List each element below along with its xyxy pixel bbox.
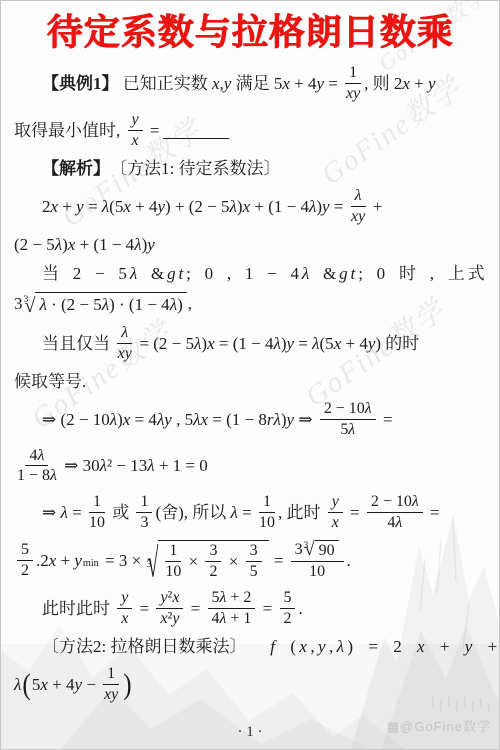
- numerator: 3: [205, 542, 221, 562]
- denominator: 5λ: [340, 420, 355, 439]
- fraction: 13: [136, 493, 152, 532]
- numerator: 4λ: [25, 447, 48, 467]
- denominator: xy: [351, 207, 365, 226]
- text-run: .: [347, 550, 351, 571]
- denominator: x: [121, 609, 128, 628]
- eq-expand-2: (2 − 5λ)x + (1 − 4λ)y: [14, 230, 491, 259]
- fraction: 32: [205, 542, 221, 581]
- lambda-solve-line: ⇒ λ = 110 或 13(舍), 所以 λ = 110, 此时 yx = 2…: [14, 489, 491, 536]
- fraction: 2 − 10λ4λ: [367, 493, 423, 532]
- radicand: 90: [315, 540, 339, 560]
- math-run: ⇒ 30λ² − 13λ + 1 = 0: [60, 455, 208, 476]
- math-run: ×: [184, 551, 202, 572]
- math-run: 5x + 4y =: [274, 73, 342, 94]
- page-title: 待定系数与拉格朗日数乘: [5, 11, 495, 52]
- ratio-line: 此时此时 yx = y²xx²y = 5λ + 24λ + 1 = 52.: [14, 585, 491, 632]
- big-paren: (: [22, 670, 31, 699]
- fraction: 52: [280, 589, 296, 628]
- denominator: 3: [140, 513, 148, 532]
- text-run: (舍), 所以: [155, 502, 230, 523]
- radicand: 110 × 32 × 35: [158, 540, 268, 581]
- denominator: xy: [346, 84, 360, 103]
- subscript: min: [83, 558, 99, 571]
- fraction: 52: [17, 541, 33, 580]
- page-number: · 1 ·: [1, 724, 499, 741]
- fraction: yx: [328, 493, 343, 532]
- numerator: 1: [89, 493, 105, 513]
- derive-line-1: ⇒ (2 − 10λ)x = 4λy , 5λx = (1 − 8rλ)y ⇒ …: [14, 396, 491, 443]
- root-index: 3: [146, 559, 151, 571]
- denominator: 2: [209, 562, 217, 581]
- text-run: , 则: [364, 73, 394, 94]
- text-run: 候取等号.: [14, 371, 86, 392]
- math-run: 3: [14, 293, 23, 314]
- math-run: λ =: [231, 502, 256, 523]
- numerator: 1: [165, 542, 181, 562]
- numerator: 1: [136, 493, 152, 513]
- denominator: x: [332, 513, 339, 532]
- fraction: 110: [259, 493, 275, 532]
- denominator: 10: [89, 513, 105, 532]
- text-run: 或: [108, 502, 134, 523]
- cube-root: 3√110 × 32 × 35: [146, 540, 268, 581]
- document-page: GoFine数学 GoFine数学 GoFine数学 GoFine数学 GoFi…: [0, 0, 500, 750]
- math-run: f (x,y,λ) = 2 x + y +: [246, 636, 500, 657]
- fraction: yx: [128, 111, 143, 150]
- math-run: =: [258, 598, 276, 619]
- fraction: 110: [89, 493, 105, 532]
- fraction: λxy: [351, 187, 366, 226]
- denominator: 5: [250, 562, 258, 581]
- text-run: 的时: [381, 333, 419, 354]
- equality-cond-2: 候取等号.: [14, 367, 491, 396]
- text-run: .: [298, 598, 302, 619]
- denominator: 10: [165, 562, 181, 581]
- math-run: = 3 ×: [101, 550, 146, 571]
- math-run: 5x + 4y −: [32, 674, 100, 695]
- numerator: y: [128, 111, 143, 131]
- math-run: ×: [224, 551, 242, 572]
- denominator: 2: [21, 561, 29, 580]
- fraction: 1xy: [103, 665, 119, 704]
- text-run: 【典例1】: [42, 73, 119, 94]
- denominator: x: [132, 131, 139, 150]
- text-run: 时 , 上式 ≥: [388, 263, 500, 284]
- numerator: 33√90: [291, 540, 344, 562]
- math-run: =: [146, 120, 160, 141]
- denominator: x²y: [160, 609, 179, 628]
- text-run: 已知正实数: [119, 73, 213, 94]
- cube-root-line: 33√λ · (2 − 5λ) · (1 − 4λ),: [14, 288, 491, 319]
- numerator: 1: [345, 64, 361, 84]
- numerator: 5: [280, 589, 296, 609]
- numerator: 5: [17, 541, 33, 561]
- denominator: 4λ: [387, 513, 402, 532]
- fraction: λxy: [117, 324, 132, 363]
- denominator: xy: [118, 344, 132, 363]
- denominator: 10: [309, 562, 325, 581]
- fraction: 4λ1 − 8λ: [17, 447, 57, 486]
- math-run: =: [270, 550, 288, 571]
- fraction: y²xx²y: [156, 589, 183, 628]
- text-run: 【解析】: [42, 158, 110, 179]
- math-run: x,y: [212, 73, 231, 94]
- math-run: 2x + y = λ(5x + 4y) + (2 − 5λ)x + (1 − 4…: [42, 196, 348, 217]
- method2-header: 〔方法2: 拉格朗日数乘法〕 f (x,y,λ) = 2 x + y +: [14, 632, 491, 661]
- analysis-header: 【解析】〔方法1: 待定系数法〕: [14, 154, 491, 183]
- text-run: ,: [188, 293, 192, 314]
- numerator: 1: [103, 665, 119, 685]
- numerator: 3: [246, 542, 262, 562]
- denominator: 2: [284, 609, 292, 628]
- numerator: 2 − 10λ: [320, 400, 376, 420]
- big-paren: ): [123, 670, 132, 699]
- math-run: ⇒ (2 − 10λ)x = 4λy , 5λx = (1 − 8rλ)y ⇒: [42, 409, 317, 430]
- math-run: ⇒ λ =: [42, 502, 86, 523]
- math-run: 90: [319, 542, 335, 560]
- numerator: y²x: [156, 589, 183, 609]
- math-run: 2 − 5λ &gt; 0 , 1 − 4λ &gt; 0: [73, 263, 388, 284]
- math-run: = (2 − 5λ)x = (1 − 4λ)y = λ(5x + 4y): [135, 333, 381, 354]
- math-run: λ · (2 − 5λ) · (1 − 4λ): [39, 294, 182, 315]
- math-run: λ: [14, 674, 21, 695]
- radicand: λ · (2 − 5λ) · (1 − 4λ): [35, 292, 186, 315]
- method2-eq: λ(5x + 4y − 1xy): [14, 661, 491, 708]
- math-run: .2x + y: [36, 550, 82, 571]
- numerator: λ: [351, 187, 366, 207]
- math-run: 2x + y: [394, 73, 436, 94]
- numerator: 1: [259, 493, 275, 513]
- text-run: 当且仅当: [42, 333, 114, 354]
- fraction: yx: [117, 589, 132, 628]
- math-run: +: [369, 196, 383, 217]
- fraction: 5λ + 24λ + 1: [208, 589, 256, 628]
- derive-line-2: 4λ1 − 8λ ⇒ 30λ² − 13λ + 1 = 0: [14, 443, 491, 490]
- text-run: 取得最小值时,: [14, 120, 125, 141]
- denominator: 4λ + 1: [212, 609, 252, 628]
- fraction: 33√9010: [291, 540, 344, 581]
- fraction: 1xy: [345, 64, 361, 103]
- text-run: , 此时: [278, 502, 325, 523]
- problem-line-1: 【典例1】 已知正实数 x,y 满足 5x + 4y = 1xy, 则 2x +…: [14, 60, 491, 107]
- math-run: 3: [295, 541, 303, 559]
- cube-root: 3√λ · (2 − 5λ) · (1 − 4λ): [24, 292, 187, 315]
- answer-blank: [163, 122, 229, 139]
- root-index: 3: [304, 541, 309, 551]
- text-run: 满足: [231, 73, 274, 94]
- text-run: 〔方法2: 拉格朗日数乘法〕: [42, 636, 246, 657]
- fraction: 35: [246, 542, 262, 581]
- denominator: 1 − 8λ: [17, 466, 57, 485]
- math-run: (2 − 5λ)x + (1 − 4λ)y: [14, 234, 155, 255]
- fraction: 110: [165, 542, 181, 581]
- root-index: 3: [24, 294, 29, 306]
- solution-body: 【典例1】 已知正实数 x,y 满足 5x + 4y = 1xy, 则 2x +…: [1, 56, 499, 707]
- numerator: 5λ + 2: [208, 589, 256, 609]
- equality-cond-1: 当且仅当 λxy = (2 − 5λ)x = (1 − 4λ)y = λ(5x …: [14, 320, 491, 367]
- math-run: =: [135, 598, 153, 619]
- text-run: 〔方法1: 待定系数法〕: [110, 158, 280, 179]
- numerator: y: [328, 493, 343, 513]
- cube-root: 3√90: [304, 540, 339, 560]
- condition-line: 当 2 − 5λ &gt; 0 , 1 − 4λ &gt; 0 时 , 上式 ≥: [14, 259, 491, 288]
- math-run: =: [186, 598, 204, 619]
- text-run: 当: [42, 263, 73, 284]
- math-run: =: [346, 502, 364, 523]
- numerator: y: [117, 589, 132, 609]
- problem-line-2: 取得最小值时, yx =: [14, 107, 491, 154]
- fraction: 2 − 10λ5λ: [320, 400, 376, 439]
- numerator: 2 − 10λ: [367, 493, 423, 513]
- numerator: λ: [117, 324, 132, 344]
- math-run: =: [379, 409, 393, 430]
- minimum-line: 52.2x + ymin = 3 × 3√110 × 32 × 35 = 33√…: [14, 536, 491, 585]
- denominator: xy: [104, 685, 118, 704]
- text-run: 此时此时: [42, 598, 114, 619]
- eq-expand-1: 2x + y = λ(5x + 4y) + (2 − 5λ)x + (1 − 4…: [14, 183, 491, 230]
- denominator: 10: [259, 513, 275, 532]
- math-run: =: [426, 502, 440, 523]
